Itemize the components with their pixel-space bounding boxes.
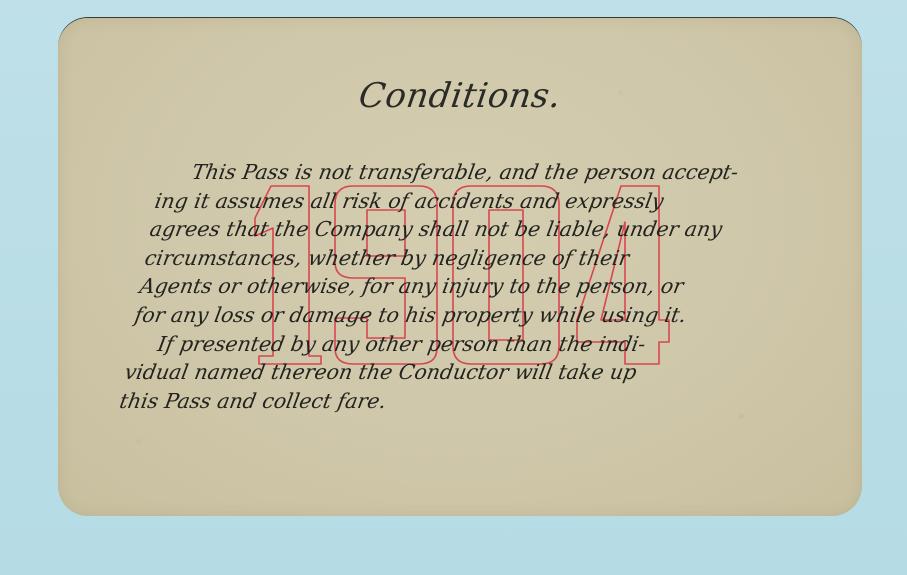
text-line: ing it assumes all risk of accidents and… bbox=[153, 187, 808, 216]
conditions-heading: Conditions. bbox=[58, 76, 862, 116]
pass-card: Conditions. This Pass is not transferabl… bbox=[58, 18, 862, 516]
conditions-text: This Pass is not transferable, and the p… bbox=[117, 158, 812, 415]
text-line: This Pass is not transferable, and the p… bbox=[158, 158, 813, 187]
text-line: circumstances, whether by negligence of … bbox=[143, 244, 798, 273]
text-line: this Pass and collect fare. bbox=[117, 387, 772, 416]
text-line: If presented by any other person than th… bbox=[127, 330, 782, 359]
faint-imprint bbox=[393, 40, 623, 70]
text-line: agrees that the Company shall not be lia… bbox=[148, 215, 803, 244]
text-line: vidual named thereon the Conductor will … bbox=[122, 358, 777, 387]
text-line: Agents or otherwise, for any injury to t… bbox=[137, 272, 792, 301]
text-line: for any loss or damage to his property w… bbox=[132, 301, 787, 330]
